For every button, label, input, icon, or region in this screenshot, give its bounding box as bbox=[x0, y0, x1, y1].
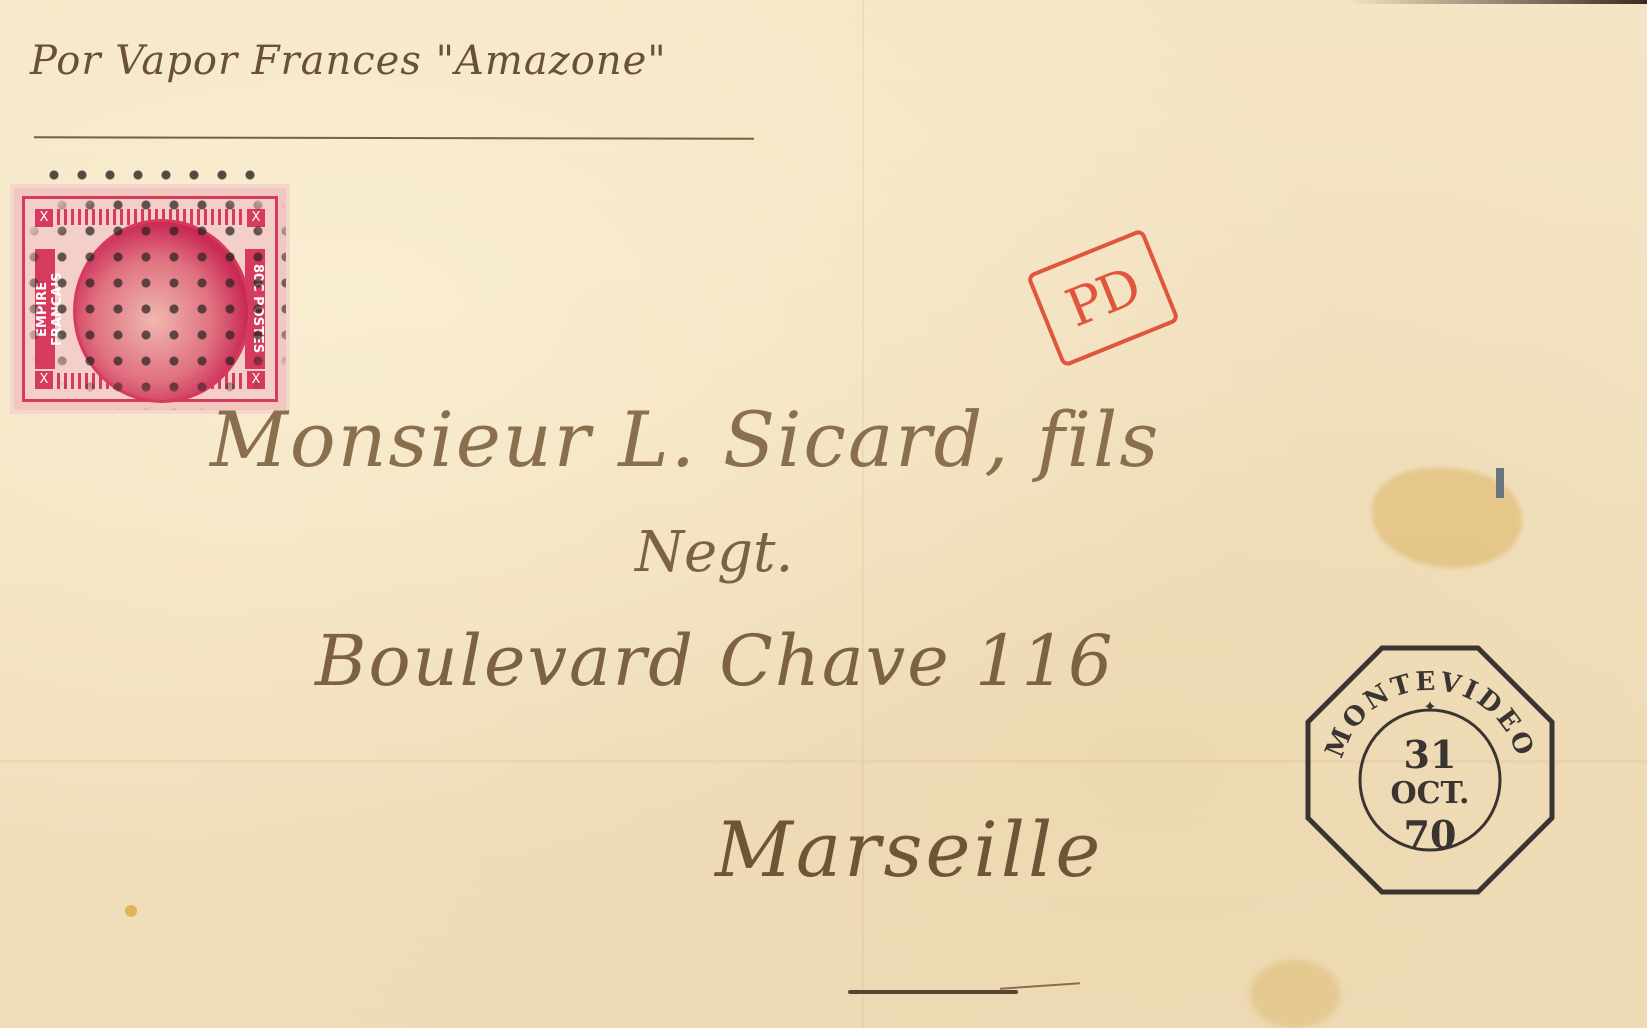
postage-stamp: X X X X EMPIRE FRANCAIS 80C POSTES 80C bbox=[14, 188, 286, 410]
stamp-corner-x: X bbox=[247, 371, 265, 389]
cover-top-edge-shadow bbox=[1347, 0, 1647, 4]
address-street: Boulevard Chave 116 bbox=[315, 620, 1115, 702]
postal-cover: Por Vapor Frances "Amazone" X X X X EMPI… bbox=[0, 0, 1647, 1028]
paper-spot bbox=[125, 905, 137, 917]
montevideo-datestamp: MONTEVIDEO ✦ 31 OCT. 70 bbox=[1300, 640, 1560, 900]
svg-text:✦: ✦ bbox=[1423, 697, 1436, 716]
address-city: Marseille bbox=[715, 805, 1103, 894]
routing-underline bbox=[34, 136, 754, 140]
addressee-title: Negt. bbox=[635, 520, 793, 585]
cancel-dots-above-stamp bbox=[40, 160, 270, 190]
city-underline-tail bbox=[1000, 982, 1080, 990]
datestamp-month: OCT. bbox=[1300, 776, 1560, 811]
datestamp-year: 70 bbox=[1300, 812, 1560, 857]
stamp-corner-x: X bbox=[35, 209, 53, 227]
datestamp-day: 31 bbox=[1300, 732, 1560, 777]
city-underline bbox=[848, 990, 1018, 994]
paid-handstamp: PD bbox=[1026, 228, 1180, 368]
stamp-country-text: EMPIRE FRANCAIS bbox=[35, 249, 55, 369]
stain-mark bbox=[1496, 468, 1504, 498]
paper-stain-bottom bbox=[1250, 960, 1340, 1028]
addressee-name: Monsieur L. Sicard, fils bbox=[210, 395, 1160, 484]
routing-endorsement: Por Vapor Frances "Amazone" bbox=[30, 38, 667, 84]
stamp-corner-x: X bbox=[35, 371, 53, 389]
stamp-portrait-medallion bbox=[73, 219, 251, 403]
stamp-frame: X X X X EMPIRE FRANCAIS 80C POSTES 80C bbox=[22, 196, 278, 402]
stamp-corner-x: X bbox=[247, 209, 265, 227]
